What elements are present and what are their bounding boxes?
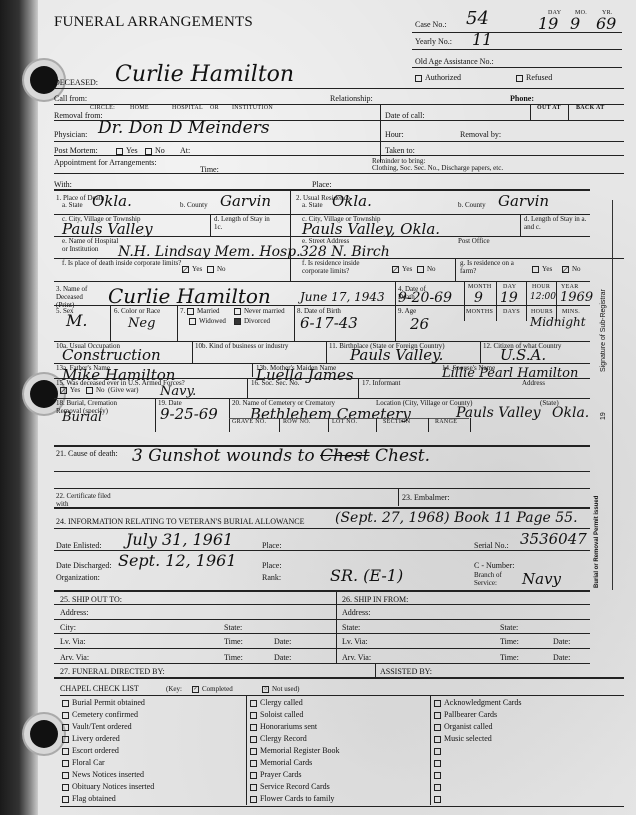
- ship-in-state-label-a: State:: [342, 623, 360, 632]
- embalmer-label: 23. Embalmer:: [402, 493, 450, 502]
- ssn-label: 16. Soc. Sec. No.: [251, 379, 299, 387]
- c-number-label: C - Number:: [474, 561, 514, 570]
- checklist-escort[interactable]: Escort ordered: [62, 746, 119, 755]
- res-limits-no[interactable]: No: [417, 265, 436, 273]
- checklist-prayer-cards[interactable]: Prayer Cards: [250, 770, 302, 779]
- checklist-news-notices[interactable]: News Notices inserted: [62, 770, 144, 779]
- res-state-label: a. State: [302, 201, 323, 209]
- farm-yes[interactable]: Yes: [532, 265, 552, 273]
- organization-label: Organization:: [56, 573, 100, 582]
- burial-date-value[interactable]: 9-25-69: [160, 405, 218, 423]
- ship-out-lv-time-label: Time:: [224, 637, 243, 646]
- branch-label: Branch of Service:: [474, 571, 508, 587]
- ship-out-label: 25. SHIP OUT TO:: [60, 595, 122, 604]
- serial-value[interactable]: 3536047: [520, 530, 587, 548]
- death-limits-no[interactable]: No: [207, 265, 226, 273]
- burial-type-value[interactable]: Burial: [62, 410, 102, 425]
- armed-forces-no[interactable]: No: [86, 386, 105, 394]
- serial-label: Serial No.:: [474, 541, 509, 550]
- form-title: FUNERAL ARRANGEMENTS: [54, 14, 253, 31]
- relationship-label: Relationship:: [330, 94, 373, 103]
- date-year[interactable]: 69: [596, 14, 616, 33]
- checklist-service-record[interactable]: Service Record Cards: [250, 782, 330, 791]
- ship-out-arv-date-label: Date:: [274, 653, 291, 662]
- refused-checkbox[interactable]: Refused: [516, 73, 552, 82]
- ship-in-address-label: Address:: [342, 608, 370, 617]
- section-col: SECTION: [383, 419, 410, 425]
- farm-label: g. Is residence on a farm?: [460, 259, 516, 275]
- ship-in-lv-via-label: Lv. Via:: [342, 637, 368, 646]
- physician-label: Physician:: [54, 130, 87, 139]
- sub-registrar-label: Signature of Sub-Registrar: [600, 289, 607, 372]
- ship-in-arv-via-label: Arv. Via:: [342, 653, 371, 662]
- death-county-label: b. County: [180, 201, 208, 209]
- race-label: 6. Color or Race: [114, 307, 160, 315]
- months-col: MONTHS: [466, 309, 493, 315]
- marital-widowed[interactable]: Widowed: [189, 317, 226, 325]
- death-month[interactable]: 9: [474, 290, 483, 306]
- physician-value[interactable]: Dr. Don D Meinders: [98, 118, 270, 138]
- case-no-label: Case No.:: [415, 20, 447, 29]
- grave-no-col: GRAVE NO.: [232, 419, 266, 425]
- deceased-label: DECEASED:: [54, 78, 98, 87]
- funeral-arrangements-form: FUNERAL ARRANGEMENTS Case No.: 54 DAY MO…: [0, 0, 636, 815]
- checklist-title: CHAPEL CHECK LIST: [60, 684, 139, 693]
- hour-label: Hour:: [385, 130, 404, 139]
- directed-by-label: 27. FUNERAL DIRECTED BY:: [60, 667, 165, 676]
- checklist-clergy-called[interactable]: Clergy called: [250, 698, 303, 707]
- appointment-label: Appointment for Arrangements:: [54, 158, 157, 167]
- hospital-label: HOSPITAL: [172, 105, 203, 111]
- business-label: 10b. Kind of business or industry: [195, 342, 288, 350]
- veteran-label: 24. INFORMATION RELATING TO VETERAN'S BU…: [56, 517, 304, 526]
- range-col: RANGE: [435, 419, 457, 425]
- marital-married[interactable]: 7. Married: [180, 307, 220, 315]
- old-age-label: Old Age Assistance No.:: [415, 57, 494, 66]
- home-label: HOME: [130, 105, 149, 111]
- ship-out-lv-date-label: Date:: [274, 637, 291, 646]
- institution-label: INSTITUTION: [232, 105, 273, 111]
- checklist-acknowledgment-cards[interactable]: Acknowledgment Cards: [434, 698, 522, 707]
- checklist-blank-2[interactable]: [434, 758, 444, 767]
- date-of-death-value[interactable]: 9-20-69: [398, 290, 452, 306]
- or-label: OR: [210, 105, 219, 111]
- res-length-label: d. Length of Stay in a. and c.: [524, 215, 588, 231]
- res-county-value[interactable]: Garvin: [498, 192, 549, 210]
- rank-value[interactable]: SR. (E-1): [330, 566, 403, 585]
- enlisted-value[interactable]: July 31, 1961: [126, 530, 233, 549]
- ship-out-state-label: State:: [224, 623, 242, 632]
- checklist-blank-5[interactable]: [434, 794, 444, 803]
- removal-by-label: Removal by:: [460, 130, 501, 139]
- checklist-blank-1[interactable]: [434, 746, 444, 755]
- war-value[interactable]: Navy.: [160, 384, 196, 399]
- ship-in-lv-date-label: Date:: [553, 637, 570, 646]
- removal-from-label: Removal from:: [54, 111, 103, 120]
- ship-out-arv-via-label: Arv. Via:: [60, 653, 89, 662]
- give-war-label: (Give war): [108, 386, 139, 394]
- checklist-memorial-register[interactable]: Memorial Register Book: [250, 746, 340, 755]
- checklist-music-selected[interactable]: Music selected: [434, 734, 492, 743]
- out-at-label: OUT AT: [537, 105, 561, 111]
- death-limits-label: f. Is place of death inside corporate li…: [62, 259, 182, 267]
- case-no-value[interactable]: 54: [466, 8, 489, 29]
- checklist-clergy-record[interactable]: Clergy Record: [250, 734, 307, 743]
- ship-out-city-label: City:: [60, 623, 76, 632]
- burial-state-value[interactable]: Okla.: [552, 405, 589, 421]
- phone-label: Phone:: [510, 94, 534, 103]
- days-col: DAYS: [503, 309, 520, 315]
- reminder-text: Clothing, Soc. Sec. No., Discharge paper…: [372, 164, 503, 172]
- branch-value[interactable]: Navy: [522, 570, 561, 588]
- dob-value[interactable]: 6-17-43: [300, 314, 358, 332]
- cause-label: 21. Cause of death:: [56, 449, 118, 458]
- date-of-call-label: Date of call:: [385, 111, 425, 120]
- key-label: (Key:: [166, 685, 182, 693]
- checklist-cemetery-confirmed[interactable]: Cemetery confirmed: [62, 710, 138, 719]
- ship-out-arv-time-label: Time:: [224, 653, 243, 662]
- discharged-place-label: Place:: [262, 561, 282, 570]
- sex-value[interactable]: M.: [66, 311, 87, 330]
- checklist-blank-3[interactable]: [434, 770, 444, 779]
- scan-edge: [0, 0, 38, 815]
- res-limits-label: f. Is residence inside corporate limits?: [302, 259, 376, 275]
- cause-value[interactable]: 3 Gunshot wounds to Chest Chest.: [132, 446, 430, 466]
- ship-in-arv-time-label: Time:: [500, 653, 519, 662]
- death-year[interactable]: 1969: [560, 290, 593, 305]
- discharged-value[interactable]: Sept. 12, 1961: [118, 551, 237, 570]
- occupation-value[interactable]: Construction: [62, 346, 161, 364]
- ship-out-lv-via-label: Lv. Via:: [60, 637, 86, 646]
- key-completed: ✓Completed: [192, 685, 233, 693]
- permit-issued-label: Burial or Removal Permit issued: [594, 496, 600, 588]
- key-not-used: ○Not used): [262, 685, 299, 693]
- ship-out-address-label: Address:: [60, 608, 88, 617]
- death-county-value[interactable]: Garvin: [220, 192, 271, 210]
- ship-in-state-label-b: State:: [500, 623, 518, 632]
- death-state-value[interactable]: Okla.: [92, 192, 132, 210]
- with-label: With:: [54, 180, 72, 189]
- birth-note: June 17, 1943: [300, 290, 385, 304]
- checklist-livery[interactable]: Livery ordered: [62, 734, 120, 743]
- back-at-label: BACK AT: [576, 105, 605, 111]
- age-label: 9. Age: [398, 307, 416, 315]
- enlisted-place-label: Place:: [262, 541, 282, 550]
- res-limits-yes[interactable]: Yes: [392, 265, 412, 273]
- checklist-flower-cards[interactable]: Flower Cards to family: [250, 794, 334, 803]
- at-label: At:: [180, 146, 190, 155]
- yearly-no-value[interactable]: 11: [472, 30, 492, 49]
- checklist-vault-tent[interactable]: Vault/Tent ordered: [62, 722, 132, 731]
- date-day[interactable]: 19: [538, 14, 558, 33]
- checklist-organist-called[interactable]: Organist called: [434, 722, 493, 731]
- checklist-honorariums[interactable]: Honorariums sent: [250, 722, 317, 731]
- row-no-col: ROW NO.: [283, 419, 311, 425]
- checklist-pallbearer-cards[interactable]: Pallbearer Cards: [434, 710, 497, 719]
- ship-in-arv-date-label: Date:: [553, 653, 570, 662]
- death-limits-yes[interactable]: Yes: [182, 265, 202, 273]
- checklist-floral-car[interactable]: Floral Car: [62, 758, 105, 767]
- place-label: Place:: [312, 180, 332, 189]
- marital-divorced[interactable]: Divorced: [234, 317, 270, 325]
- marital-never-married[interactable]: Never married: [234, 307, 285, 315]
- certificate-label: 22. Certificate filed with: [56, 492, 116, 508]
- race-value[interactable]: Neg: [128, 316, 155, 331]
- birthplace-value[interactable]: Pauls Valley.: [350, 346, 443, 364]
- address-label: Address: [522, 379, 545, 387]
- checklist-soloist-called[interactable]: Soloist called: [250, 710, 303, 719]
- death-state-label: a. State: [62, 201, 83, 209]
- res-state-value[interactable]: Okla.: [332, 192, 372, 210]
- death-hour[interactable]: 12:00: [530, 292, 556, 302]
- citizen-value[interactable]: U.S.A.: [500, 346, 546, 364]
- deceased-value[interactable]: Curlie Hamilton: [115, 62, 294, 87]
- call-from-label: Call from:: [54, 94, 87, 103]
- checklist-memorial-cards[interactable]: Memorial Cards: [250, 758, 312, 767]
- ship-in-label: 26. SHIP IN FROM:: [342, 595, 408, 604]
- enlisted-label: Date Enlisted:: [56, 541, 102, 550]
- rank-label: Rank:: [262, 573, 281, 582]
- veteran-note: (Sept. 27, 1968) Book 11 Page 55.: [335, 510, 578, 526]
- post-mortem-yes[interactable]: Yes: [116, 146, 138, 155]
- lot-no-col: LOT NO.: [332, 419, 357, 425]
- punch-hole: [30, 720, 58, 748]
- age-note: Midnight: [530, 315, 586, 329]
- res-county-label: b. County: [458, 201, 486, 209]
- date-month[interactable]: 9: [570, 14, 580, 33]
- punch-hole: [30, 380, 58, 408]
- authorized-checkbox[interactable]: Authorized: [415, 73, 461, 82]
- street-value[interactable]: 328 N. Birch: [300, 244, 390, 260]
- hospital-label: e. Name of Hospital or Institution: [62, 237, 122, 253]
- post-office-label: Post Office: [458, 237, 490, 245]
- informant-label: 17. Informant: [362, 379, 401, 387]
- discharged-label: Date Discharged:: [56, 561, 112, 570]
- year-prefix-label: 19: [600, 412, 607, 420]
- checklist-obituary-notices[interactable]: Obituary Notices inserted: [62, 782, 154, 791]
- assisted-by-label: ASSISTED BY:: [380, 667, 432, 676]
- taken-to-label: Taken to:: [385, 146, 415, 155]
- checklist-burial-permit[interactable]: Burial Permit obtained: [62, 698, 145, 707]
- yearly-no-label: Yearly No.:: [415, 37, 452, 46]
- age-value[interactable]: 26: [410, 315, 429, 333]
- death-day[interactable]: 19: [500, 290, 518, 306]
- checklist-blank-4[interactable]: [434, 782, 444, 791]
- ship-in-lv-time-label: Time:: [500, 637, 519, 646]
- death-length-label: d. Length of Stay in 1c.: [214, 215, 274, 231]
- armed-forces-yes[interactable]: Yes: [60, 386, 80, 394]
- post-mortem-no[interactable]: No: [145, 146, 165, 155]
- post-mortem-label: Post Mortem:: [54, 146, 98, 155]
- hour-col: HOUR: [532, 284, 550, 290]
- farm-no[interactable]: No: [562, 265, 581, 273]
- checklist-flag[interactable]: Flag obtained: [62, 794, 116, 803]
